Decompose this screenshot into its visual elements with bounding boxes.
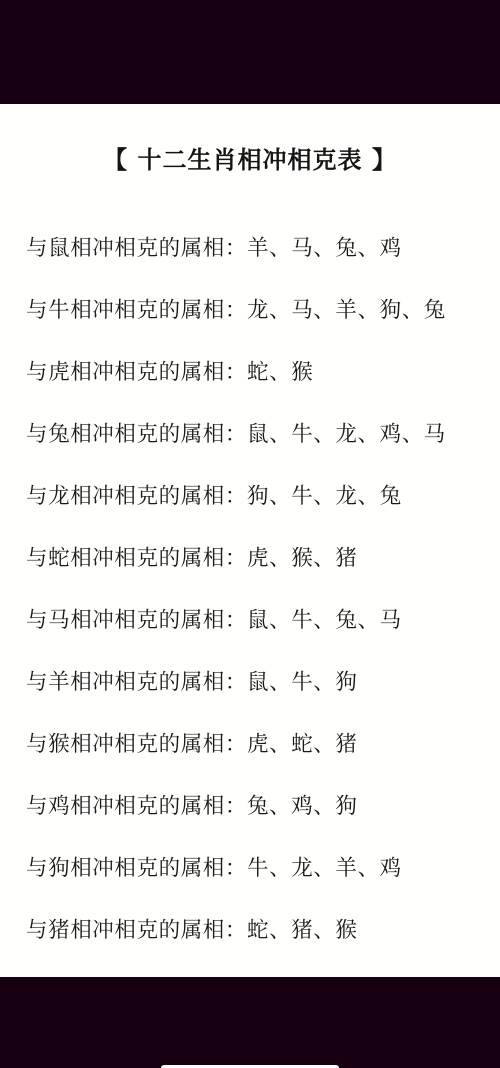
- list-item-monkey: 与猴相冲相克的属相：虎、蛇、猪: [26, 727, 358, 758]
- page-title: 【 十二生肖相冲相克表 】: [0, 140, 500, 175]
- document-sheet: 【 十二生肖相冲相克表 】 与鼠相冲相克的属相：羊、马、兔、鸡 与牛相冲相克的属…: [0, 104, 500, 977]
- list-item-rat: 与鼠相冲相克的属相：羊、马、兔、鸡: [26, 231, 402, 262]
- list-item-rabbit: 与兔相冲相克的属相：鼠、牛、龙、鸡、马: [26, 417, 446, 448]
- list-item-ox: 与牛相冲相克的属相：龙、马、羊、狗、兔: [26, 293, 446, 324]
- list-item-dog: 与狗相冲相克的属相：牛、龙、羊、鸡: [26, 851, 402, 882]
- list-item-rooster: 与鸡相冲相克的属相：兔、鸡、狗: [26, 789, 358, 820]
- bottom-letterbox-bar: [0, 977, 500, 1068]
- list-item-horse: 与马相冲相克的属相：鼠、牛、兔、马: [26, 603, 402, 634]
- list-item-tiger: 与虎相冲相克的属相：蛇、猴: [26, 355, 313, 386]
- list-item-pig: 与猪相冲相克的属相：蛇、猪、猴: [26, 913, 358, 944]
- list-item-snake: 与蛇相冲相克的属相：虎、猴、猪: [26, 541, 358, 572]
- list-item-dragon: 与龙相冲相克的属相：狗、牛、龙、兔: [26, 479, 402, 510]
- top-letterbox-bar: [0, 0, 500, 104]
- list-item-goat: 与羊相冲相克的属相：鼠、牛、狗: [26, 665, 358, 696]
